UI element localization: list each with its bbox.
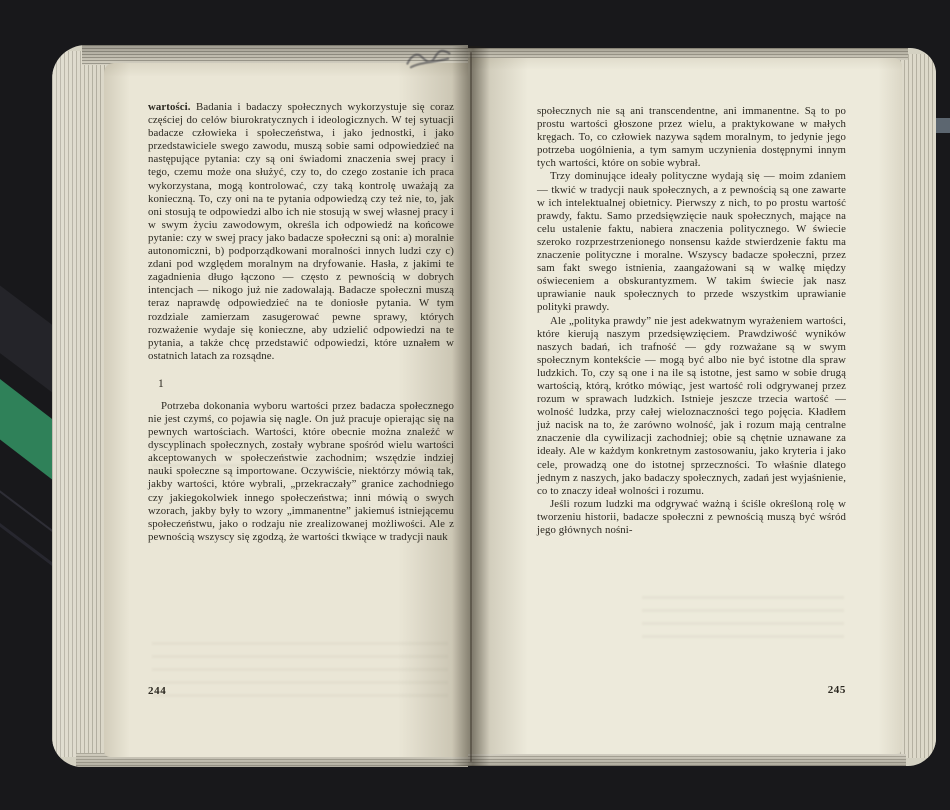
page-edge-bottom [468, 754, 906, 766]
left-page-text: wartości. Badania i badaczy społecznych … [148, 101, 454, 544]
paragraph: Jeśli rozum ludzki ma odgrywać ważną i ś… [537, 498, 846, 537]
right-page-text: społecznych nie są ani transcendentne, a… [537, 105, 846, 537]
book-photo: wartości. Badania i badaczy społecznych … [0, 0, 950, 810]
paragraph: Ale „polityka prawdy” nie jest adekwatny… [537, 315, 846, 498]
page-edge-fore [900, 54, 936, 758]
page-edge-fore [52, 51, 106, 757]
gutter-line [470, 52, 472, 762]
bleed-through-ghost [152, 642, 448, 698]
bleed-through-ghost [642, 596, 844, 642]
paragraph-text: Badania i badaczy społecznych wykorzystu… [148, 101, 454, 362]
paragraph: społecznych nie są ani transcendentne, a… [537, 105, 846, 170]
section-heading: 1 [158, 378, 454, 391]
page-number-left: 244 [148, 685, 166, 697]
paragraph: wartości. Badania i badaczy społecznych … [148, 101, 454, 363]
page-number-right: 245 [537, 684, 846, 696]
lead-word: wartości. [148, 101, 191, 113]
paragraph: Potrzeba dokonania wyboru wartości przez… [148, 400, 454, 544]
paragraph: Trzy dominujące ideały polityczne wydają… [537, 170, 846, 314]
